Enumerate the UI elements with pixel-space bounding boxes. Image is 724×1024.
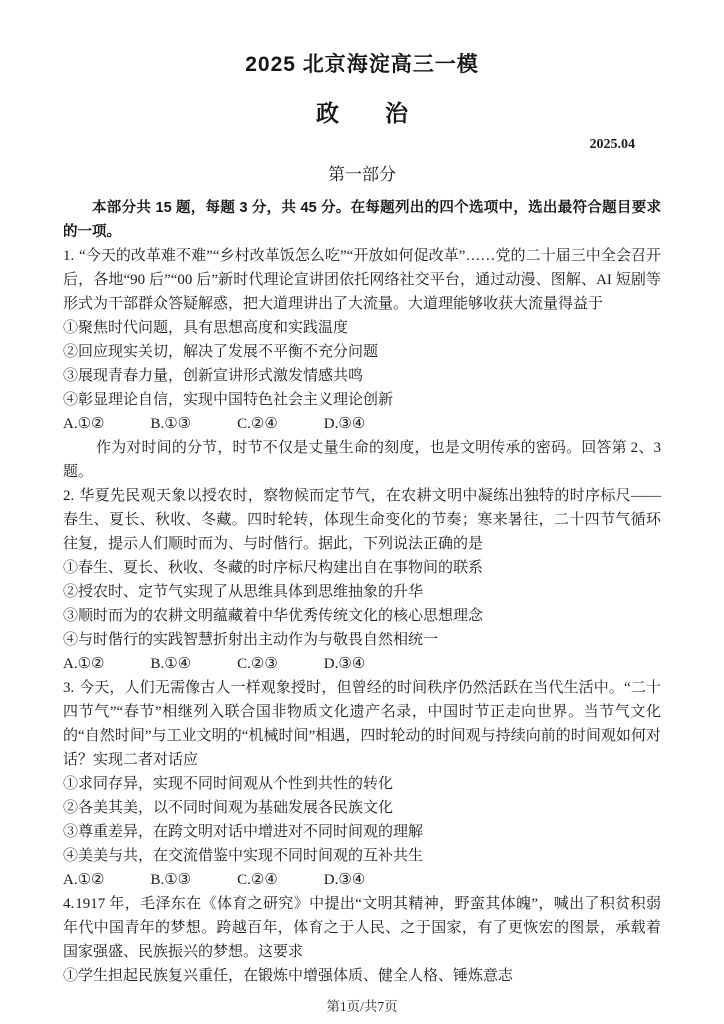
question-1-choice-b: B.①③ xyxy=(150,412,191,436)
question-1: 1. “今天的改革难不难”“乡村改革饭怎么吃”“开放如何促改革”……党的二十届三… xyxy=(63,244,661,436)
question-1-statement-4: ④彰显理论自信，实现中国特色社会主义理论创新 xyxy=(63,388,661,412)
question-2: 2. 华夏先民观天象以授农时，察物候而定节气，在农耕文明中凝练出独特的时序标尺—… xyxy=(63,484,661,676)
question-1-choices: A.①②B.①③C.②④D.③④ xyxy=(63,412,661,436)
question-1-statement-1: ①聚焦时代问题，具有思想高度和实践温度 xyxy=(63,316,661,340)
question-3-stem-text: 今天，人们无需像古人一样观象授时，但曾经的时间秩序仍然活跃在当代生活中。“二十四… xyxy=(63,680,661,768)
question-2-choice-c: C.②③ xyxy=(237,652,278,676)
question-1-number: 1. xyxy=(63,248,74,264)
question-3-statement-4: ④美美与共，在交流借鉴中实现不同时间观的互补共生 xyxy=(63,844,661,868)
question-3-stem: 3. 今天，人们无需像古人一样观象授时，但曾经的时间秩序仍然活跃在当代生活中。“… xyxy=(63,676,661,772)
question-2-number: 2. xyxy=(63,488,74,504)
question-4-stem: 4.1917 年，毛泽东在《体育之研究》中提出“文明其精神，野蛮其体魄”，喊出了… xyxy=(63,892,661,964)
question-1-stem: 1. “今天的改革难不难”“乡村改革饭怎么吃”“开放如何促改革”……党的二十届三… xyxy=(63,244,661,316)
subject-title: 政 治 xyxy=(63,95,661,128)
question-1-choice-c: C.②④ xyxy=(237,412,278,436)
question-3-choice-a: A.①② xyxy=(63,868,104,892)
question-1-stem-text: “今天的改革难不难”“乡村改革饭怎么吃”“开放如何促改革”……党的二十届三中全会… xyxy=(63,248,661,312)
question-2-choices: A.①②B.①④C.②③D.③④ xyxy=(63,652,661,676)
question-1-statement-3: ③展现青春力量，创新宣讲形式激发情感共鸣 xyxy=(63,364,661,388)
section-heading: 第一部分 xyxy=(63,160,661,185)
question-4-stem-text: 1917 年，毛泽东在《体育之研究》中提出“文明其精神，野蛮其体魄”，喊出了积贫… xyxy=(63,896,661,960)
question-4-number: 4. xyxy=(63,896,74,912)
question-1-choice-d: D.③④ xyxy=(324,412,365,436)
question-2-choice-a: A.①② xyxy=(63,652,104,676)
page-title: 2025 北京海淀高三一模 xyxy=(63,48,661,78)
question-3-choice-b: B.①③ xyxy=(150,868,191,892)
question-4-statement-1: ①学生担起民族复兴重任，在锻炼中增强体质、健全人格、锤炼意志 xyxy=(63,964,661,988)
question-1-statement-2: ②回应现实关切，解决了发展不平衡不充分问题 xyxy=(63,340,661,364)
question-2-statement-1: ①春生、夏长、秋收、冬藏的时序标尺构建出自在事物间的联系 xyxy=(63,556,661,580)
question-2-choice-d: D.③④ xyxy=(324,652,365,676)
question-2-statement-4: ④与时偕行的实践智慧折射出主动作为与敬畏自然相统一 xyxy=(63,628,661,652)
question-3-number: 3. xyxy=(63,680,74,696)
question-2-choice-b: B.①④ xyxy=(150,652,191,676)
question-3: 3. 今天，人们无需像古人一样观象授时，但曾经的时间秩序仍然活跃在当代生活中。“… xyxy=(63,676,661,892)
question-3-statement-2: ②各美其美，以不同时间观为基础发展各民族文化 xyxy=(63,796,661,820)
question-4: 4.1917 年，毛泽东在《体育之研究》中提出“文明其精神，野蛮其体魄”，喊出了… xyxy=(63,892,661,988)
question-3-choice-c: C.②④ xyxy=(237,868,278,892)
page-footer: 第1页/共7页 xyxy=(0,995,724,1015)
question-3-choices: A.①②B.①③C.②④D.③④ xyxy=(63,868,661,892)
question-3-statement-3: ③尊重差异，在跨文明对话中增进对不同时间观的理解 xyxy=(63,820,661,844)
question-2-statement-2: ②授农时、定节气实现了从思维具体到思维抽象的升华 xyxy=(63,580,661,604)
lead-in-questions-2-3: 作为对时间的分节，时节不仅是丈量生命的刻度，也是文明传承的密码。回答第 2、3 … xyxy=(63,436,661,484)
question-3-choice-d: D.③④ xyxy=(324,868,365,892)
question-2-stem-text: 华夏先民观天象以授农时，察物候而定节气，在农耕文明中凝练出独特的时序标尺——春生… xyxy=(63,488,661,552)
exam-date: 2025.04 xyxy=(63,137,635,153)
instructions-text: 本部分共 15 题，每题 3 分，共 45 分。在每题列出的四个选项中，选出最符… xyxy=(63,196,661,244)
question-1-choice-a: A.①② xyxy=(63,412,104,436)
question-3-statement-1: ①求同存异，实现不同时间观从个性到共性的转化 xyxy=(63,772,661,796)
question-2-statement-3: ③顺时而为的农耕文明蕴藏着中华优秀传统文化的核心思想理念 xyxy=(63,604,661,628)
exam-document-page: 2025 北京海淀高三一模 政 治 2025.04 第一部分 本部分共 15 题… xyxy=(0,0,724,988)
question-2-stem: 2. 华夏先民观天象以授农时，察物候而定节气，在农耕文明中凝练出独特的时序标尺—… xyxy=(63,484,661,556)
